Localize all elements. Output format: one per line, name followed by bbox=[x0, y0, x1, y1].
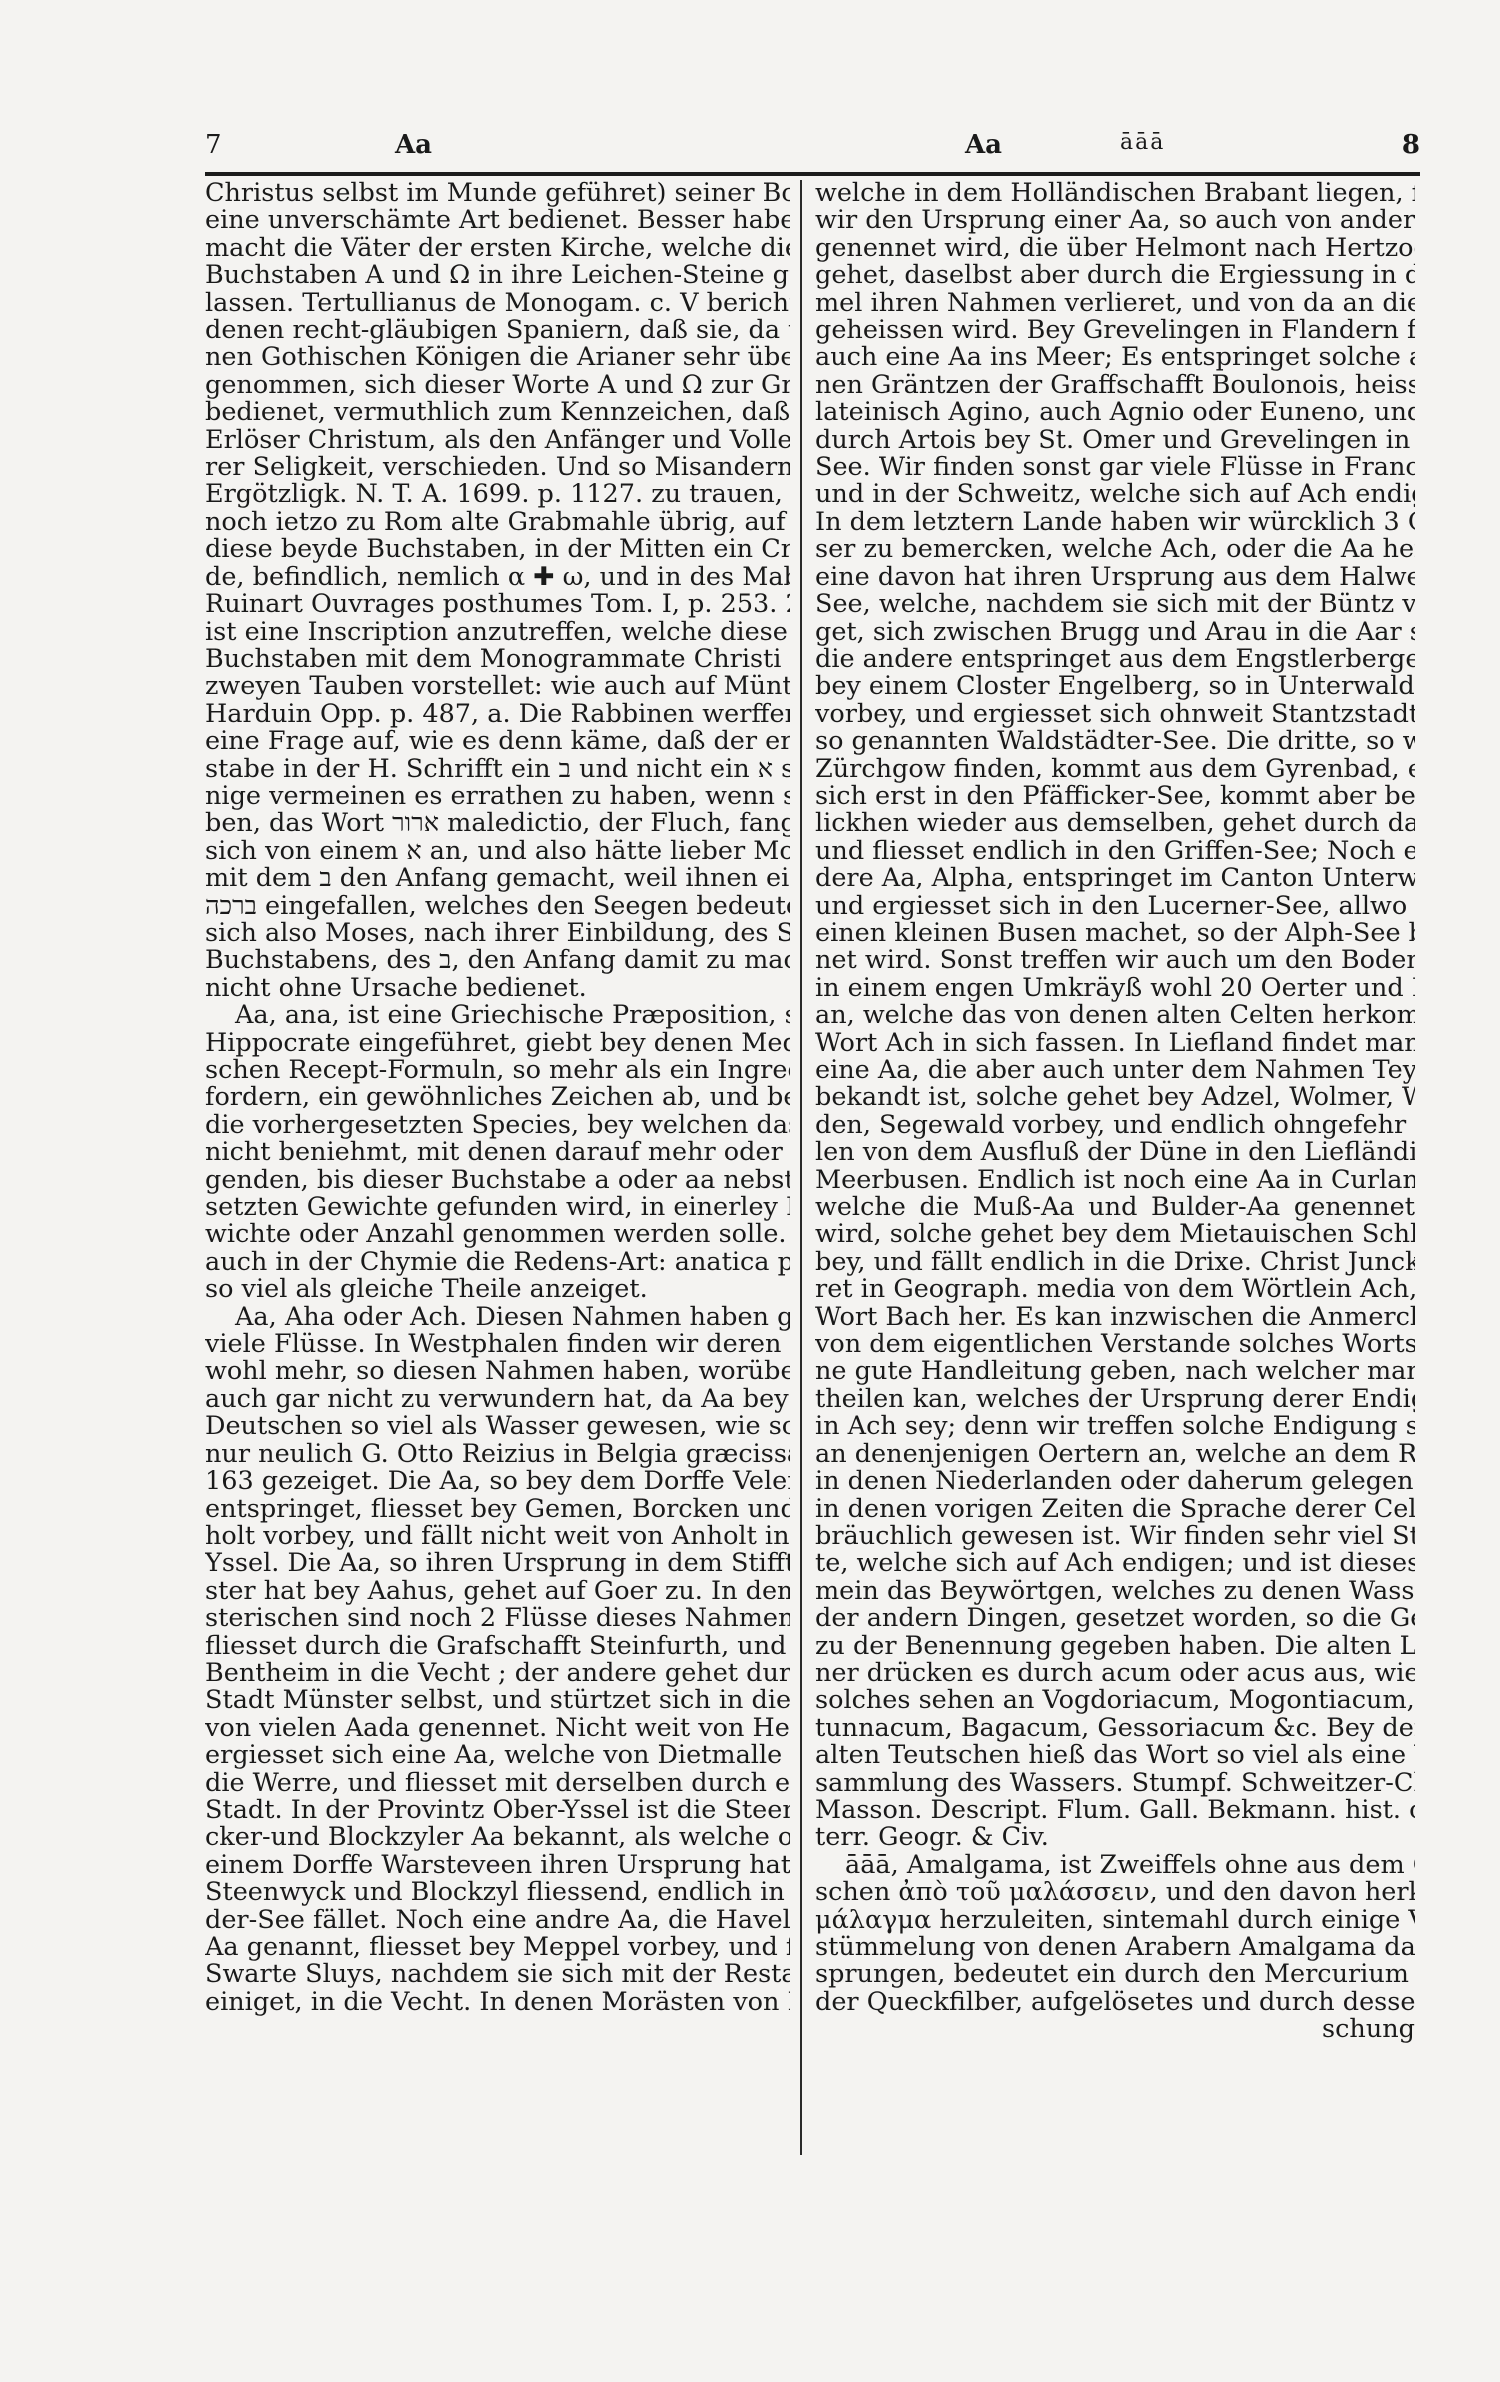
text-line: lateinisch Agino, auch Agnio oder Euneno… bbox=[815, 399, 1415, 426]
text-line: nicht ohne Ursache bedienet. bbox=[205, 975, 790, 1002]
text-line: holt vorbey, und fällt nicht weit von An… bbox=[205, 1523, 790, 1550]
text-line: bekandt ist, solche gehet bey Adzel, Wol… bbox=[815, 1084, 1415, 1111]
text-line: so viel als gleiche Theile anzeiget. bbox=[205, 1276, 790, 1303]
text-line: und ergiesset sich in den Lucerner-See, … bbox=[815, 893, 1415, 920]
page-number-right: 8 bbox=[1402, 130, 1420, 160]
text-line: See. Wir finden sonst gar viele Flüsse i… bbox=[815, 454, 1415, 481]
text-line: viele Flüsse. In Westphalen finden wir d… bbox=[205, 1331, 790, 1358]
text-line: eine davon hat ihren Ursprung aus dem Ha… bbox=[815, 564, 1415, 591]
text-line: Aa, Aha oder Ach. Diesen Nahmen haben ga… bbox=[205, 1304, 790, 1331]
text-line: mel ihren Nahmen verlieret, und von da a… bbox=[815, 290, 1415, 317]
text-line: mit dem ב den Anfang gemacht, weil ihnen… bbox=[205, 865, 790, 892]
right-column: welche in dem Holländischen Brabant lieg… bbox=[815, 180, 1415, 2044]
text-line: einem Dorffe Warsteveen ihren Ursprung h… bbox=[205, 1852, 790, 1879]
text-line: sprungen, bedeutet ein durch den Mercuri… bbox=[815, 1961, 1415, 1988]
text-line: solches sehen an Vogdoriacum, Mogontiacu… bbox=[815, 1687, 1415, 1714]
text-line: ster hat bey Aahus, gehet auf Goer zu. I… bbox=[205, 1578, 790, 1605]
text-line: eine unverschämte Art bedienet. Besser h… bbox=[205, 207, 790, 234]
text-line: eine Aa, die aber auch unter dem Nahmen … bbox=[815, 1057, 1415, 1084]
text-line: schung bbox=[815, 2016, 1415, 2043]
text-line: zweyen Tauben vorstellet: wie auch auf M… bbox=[205, 673, 790, 700]
text-line: schen Recept-Formuln, so mehr als ein In… bbox=[205, 1057, 790, 1084]
text-line: so genannten Waldstädter-See. Die dritte… bbox=[815, 728, 1415, 755]
page-number-left: 7 bbox=[205, 130, 222, 160]
text-line: Stadt. In der Provintz Ober-Yssel ist di… bbox=[205, 1797, 790, 1824]
text-line: Ergötzligk. N. T. A. 1699. p. 1127. zu t… bbox=[205, 481, 790, 508]
text-line: die vorhergesetzten Species, bey welchen… bbox=[205, 1112, 790, 1139]
running-headword-left: Aa bbox=[395, 130, 432, 160]
text-line: an, welche das von denen alten Celten he… bbox=[815, 1002, 1415, 1029]
text-line: te, welche sich auf Ach endigen; und ist… bbox=[815, 1550, 1415, 1577]
text-line: in denen Niederlanden oder daherum geleg… bbox=[815, 1468, 1415, 1495]
text-line: tunnacum, Bagacum, Gessoriacum &c. Bey d… bbox=[815, 1715, 1415, 1742]
text-line: Buchstabens, des ב, den Anfang damit zu … bbox=[205, 947, 790, 974]
text-line: len von dem Ausfluß der Düne in den Lief… bbox=[815, 1139, 1415, 1166]
text-line: von dem eigentlichen Verstande solches W… bbox=[815, 1331, 1415, 1358]
text-line: setzten Gewichte gefunden wird, in einer… bbox=[205, 1194, 790, 1221]
text-line: genommen, sich dieser Worte A und Ω zur … bbox=[205, 372, 790, 399]
text-line: See, welche, nachdem sie sich mit der Bü… bbox=[815, 591, 1415, 618]
text-line: Wort Bach her. Es kan inzwischen die Anm… bbox=[815, 1304, 1415, 1331]
text-line: Steenwyck und Blockzyl fliessend, endlic… bbox=[205, 1879, 790, 1906]
text-line: stümmelung von denen Arabern Amalgama da… bbox=[815, 1934, 1415, 1961]
text-line: ברכה eingefallen, welches den Seegen bed… bbox=[205, 893, 790, 920]
text-line: nicht beniehmt, mit denen darauf mehr od… bbox=[205, 1139, 790, 1166]
text-line: Buchstaben mit dem Monogrammate Christi … bbox=[205, 646, 790, 673]
text-line: fliesset durch die Grafschafft Steinfurt… bbox=[205, 1633, 790, 1660]
text-line: bey, und fällt endlich in die Drixe. Chr… bbox=[815, 1249, 1415, 1276]
text-line: und fliesset endlich in den Griffen-See;… bbox=[815, 838, 1415, 865]
text-line: Zürchgow finden, kommt aus dem Gyrenbad,… bbox=[815, 756, 1415, 783]
text-line: Bentheim in die Vecht ; der andere gehet… bbox=[205, 1660, 790, 1687]
text-line: welche die Muß-Aa und Bulder-Aa genennet bbox=[815, 1194, 1415, 1221]
running-header: 7 Aa Aa āāā 8 bbox=[205, 130, 1420, 170]
text-line: ne gute Handleitung geben, nach welcher … bbox=[815, 1358, 1415, 1385]
text-line: denen recht-gläubigen Spaniern, daß sie,… bbox=[205, 317, 790, 344]
text-line: āāā, Amalgama, ist Zweiffels ohne aus de… bbox=[815, 1852, 1415, 1879]
text-line: net wird. Sonst treffen wir auch um den … bbox=[815, 947, 1415, 974]
text-line: stabe in der H. Schrifft ein ב und nicht… bbox=[205, 756, 790, 783]
text-line: genennet wird, die über Helmont nach Her… bbox=[815, 235, 1415, 262]
text-line: terr. Geogr. & Civ. bbox=[815, 1824, 1415, 1851]
text-line: nen Gothischen Königen die Arianer sehr … bbox=[205, 344, 790, 371]
text-line: lassen. Tertullianus de Monogam. c. V be… bbox=[205, 290, 790, 317]
text-line: Aa genannt, fliesset bey Meppel vorbey, … bbox=[205, 1934, 790, 1961]
text-line: genden, bis dieser Buchstabe a oder aa n… bbox=[205, 1167, 790, 1194]
text-line: fordern, ein gewöhnliches Zeichen ab, un… bbox=[205, 1084, 790, 1111]
text-line: alten Teutschen hieß das Wort so viel al… bbox=[815, 1742, 1415, 1769]
text-line: der-See fället. Noch eine andre Aa, die … bbox=[205, 1907, 790, 1934]
text-line: μάλαγμα herzuleiten, sintemahl durch ein… bbox=[815, 1907, 1415, 1934]
text-line: in einem engen Umkräyß wohl 20 Oerter un… bbox=[815, 975, 1415, 1002]
text-line: dere Aa, Alpha, entspringet im Canton Un… bbox=[815, 865, 1415, 892]
text-line: an denenjenigen Oertern an, welche an de… bbox=[815, 1441, 1415, 1468]
text-line: bräuchlich gewesen ist. Wir finden sehr … bbox=[815, 1523, 1415, 1550]
text-line: sich also Moses, nach ihrer Einbildung, … bbox=[205, 920, 790, 947]
text-line: Yssel. Die Aa, so ihren Ursprung in dem … bbox=[205, 1550, 790, 1577]
text-line: sich von einem א an, und also hätte lieb… bbox=[205, 838, 790, 865]
text-line: Wort Ach in sich fassen. In Liefland fin… bbox=[815, 1030, 1415, 1057]
text-line: nige vermeinen es errathen zu haben, wen… bbox=[205, 783, 790, 810]
text-line: Aa, ana, ist eine Griechische Præpositio… bbox=[205, 1002, 790, 1029]
text-line: den, Segewald vorbey, und endlich ohngef… bbox=[815, 1112, 1415, 1139]
text-line: Deutschen so viel als Wasser gewesen, wi… bbox=[205, 1413, 790, 1440]
text-line: einen kleinen Busen machet, so der Alph-… bbox=[815, 920, 1415, 947]
text-line: get, sich zwischen Brugg und Arau in die… bbox=[815, 619, 1415, 646]
text-line: die andere entspringet aus dem Engstlerb… bbox=[815, 646, 1415, 673]
text-line: wird, solche gehet bey dem Mietauischen … bbox=[815, 1221, 1415, 1248]
column-divider bbox=[800, 180, 802, 2155]
text-line: auch gar nicht zu verwundern hat, da Aa … bbox=[205, 1386, 790, 1413]
text-line: wichte oder Anzahl genommen werden solle… bbox=[205, 1221, 790, 1248]
text-line: nen Gräntzen der Graffschafft Boulonois,… bbox=[815, 372, 1415, 399]
text-line: auch in der Chymie die Redens-Art: anati… bbox=[205, 1249, 790, 1276]
dictionary-page: 7 Aa Aa āāā 8 Christus selbst im Munde g… bbox=[205, 0, 1420, 2382]
text-line: Stadt Münster selbst, und stürtzet sich … bbox=[205, 1687, 790, 1714]
text-line: in denen vorigen Zeiten die Sprache dere… bbox=[815, 1496, 1415, 1523]
text-line: Christus selbst im Munde geführet) seine… bbox=[205, 180, 790, 207]
text-line: Swarte Sluys, nachdem sie sich mit der R… bbox=[205, 1961, 790, 1988]
text-line: der andern Dingen, gesetzet worden, so d… bbox=[815, 1605, 1415, 1632]
text-line: ser zu bemercken, welche Ach, oder die A… bbox=[815, 536, 1415, 563]
text-line: 163 gezeiget. Die Aa, so bey dem Dorffe … bbox=[205, 1468, 790, 1495]
text-line: Harduin Opp. p. 487, a. Die Rabbinen wer… bbox=[205, 701, 790, 728]
text-line: Erlöser Christum, als den Anfänger und V… bbox=[205, 427, 790, 454]
text-line: in Ach sey; denn wir treffen solche Endi… bbox=[815, 1413, 1415, 1440]
text-line: ben, das Wort ארור maledictio, der Fluch… bbox=[205, 810, 790, 837]
text-line: schen ἀπὸ τοῦ μαλάσσειν, und den davon h… bbox=[815, 1879, 1415, 1906]
text-line: eine Frage auf, wie es denn käme, daß de… bbox=[205, 728, 790, 755]
header-rule bbox=[205, 172, 1420, 176]
text-line: ret in Geograph. media von dem Wörtlein … bbox=[815, 1276, 1415, 1303]
text-line: sich erst in den Pfäfficker-See, kommt a… bbox=[815, 783, 1415, 810]
text-line: die Werre, und fliesset mit derselben du… bbox=[205, 1770, 790, 1797]
text-line: einiget, in die Vecht. In denen Morästen… bbox=[205, 1989, 790, 2016]
text-line: wir den Ursprung einer Aa, so auch von a… bbox=[815, 207, 1415, 234]
text-line: von vielen Aada genennet. Nicht weit von… bbox=[205, 1715, 790, 1742]
text-line: ner drücken es durch acum oder acus aus,… bbox=[815, 1660, 1415, 1687]
text-line: Ruinart Ouvrages posthumes Tom. I, p. 25… bbox=[205, 591, 790, 618]
left-column: Christus selbst im Munde geführet) seine… bbox=[205, 180, 790, 2016]
text-line: rer Seligkeit, verschieden. Und so Misan… bbox=[205, 454, 790, 481]
text-line: theilen kan, welches der Ursprung derer … bbox=[815, 1386, 1415, 1413]
text-line: sterischen sind noch 2 Flüsse dieses Nah… bbox=[205, 1605, 790, 1632]
text-line: In dem letztern Lande haben wir würcklic… bbox=[815, 509, 1415, 536]
text-line: ergiesset sich eine Aa, welche von Dietm… bbox=[205, 1742, 790, 1769]
text-line: nur neulich G. Otto Reizius in Belgia gr… bbox=[205, 1441, 790, 1468]
text-line: bedienet, vermuthlich zum Kennzeichen, d… bbox=[205, 399, 790, 426]
text-line: ist eine Inscription anzutreffen, welche… bbox=[205, 619, 790, 646]
text-line: bey einem Closter Engelberg, so in Unter… bbox=[815, 673, 1415, 700]
running-headword-extra: āāā bbox=[1120, 130, 1165, 155]
text-line: Hippocrate eingeführet, giebt bey denen … bbox=[205, 1030, 790, 1057]
text-line: Buchstaben A und Ω in ihre Leichen-Stein… bbox=[205, 262, 790, 289]
text-line: welche in dem Holländischen Brabant lieg… bbox=[815, 180, 1415, 207]
text-line: zu der Benennung gegeben haben. Die alte… bbox=[815, 1633, 1415, 1660]
text-line: entspringet, fliesset bey Gemen, Borcken… bbox=[205, 1496, 790, 1523]
text-line: und in der Schweitz, welche sich auf Ach… bbox=[815, 481, 1415, 508]
text-line: diese beyde Buchstaben, in der Mitten ei… bbox=[205, 536, 790, 563]
text-line: mein das Beywörtgen, welches zu denen Wa… bbox=[815, 1578, 1415, 1605]
text-line: cker-und Blockzyler Aa bekannt, als welc… bbox=[205, 1824, 790, 1851]
text-line: geheissen wird. Bey Grevelingen in Fland… bbox=[815, 317, 1415, 344]
text-line: auch eine Aa ins Meer; Es entspringet so… bbox=[815, 344, 1415, 371]
text-line: lickhen wieder aus demselben, gehet durc… bbox=[815, 810, 1415, 837]
text-line: durch Artois bey St. Omer und Grevelinge… bbox=[815, 427, 1415, 454]
text-line: der Queckfilber, aufgelösetes und durch … bbox=[815, 1989, 1415, 2016]
text-line: gehet, daselbst aber durch die Ergiessun… bbox=[815, 262, 1415, 289]
text-line: de, befindlich, nemlich α ✚ ω, und in de… bbox=[205, 564, 790, 591]
text-line: vorbey, und ergiesset sich ohnweit Stant… bbox=[815, 701, 1415, 728]
text-line: Meerbusen. Endlich ist noch eine Aa in C… bbox=[815, 1167, 1415, 1194]
text-line: macht die Väter der ersten Kirche, welch… bbox=[205, 235, 790, 262]
text-line: Masson. Descript. Flum. Gall. Bekmann. h… bbox=[815, 1797, 1415, 1824]
text-line: wohl mehr, so diesen Nahmen haben, worüb… bbox=[205, 1358, 790, 1385]
text-line: sammlung des Wassers. Stumpf. Schweitzer… bbox=[815, 1770, 1415, 1797]
running-headword-right: Aa bbox=[965, 130, 1002, 160]
text-line: noch ietzo zu Rom alte Grabmahle übrig, … bbox=[205, 509, 790, 536]
